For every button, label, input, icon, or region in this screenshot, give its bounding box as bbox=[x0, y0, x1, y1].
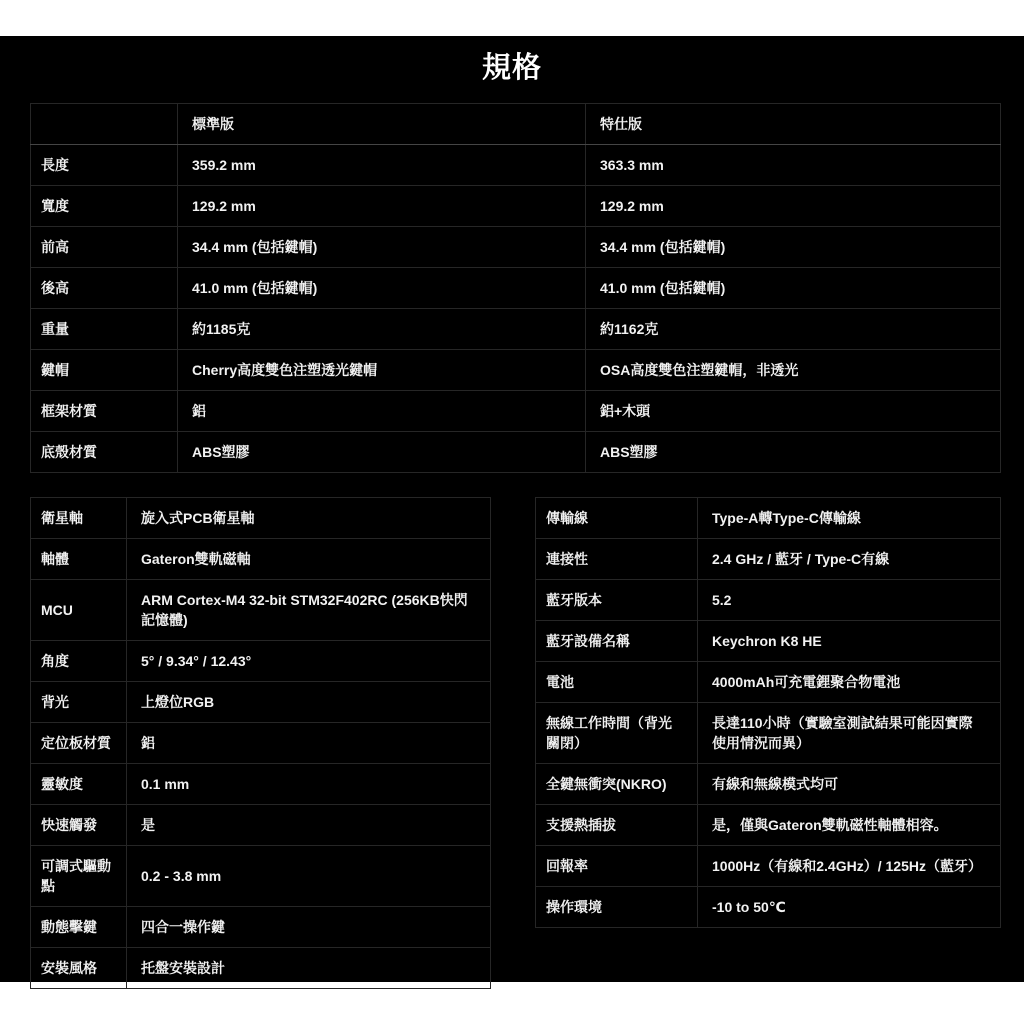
row-label: 回報率 bbox=[536, 846, 698, 887]
row-label: 無線工作時間（背光關閉） bbox=[536, 703, 698, 764]
row-value: 鋁 bbox=[127, 723, 491, 764]
standard-value: 34.4 mm (包括鍵帽) bbox=[178, 227, 586, 268]
row-value: 是，僅與Gateron雙軌磁性軸體相容。 bbox=[698, 805, 1001, 846]
standard-value: 鋁 bbox=[178, 391, 586, 432]
table-row: 全鍵無衝突(NKRO) 有線和無線模式均可 bbox=[536, 764, 1001, 805]
row-value: Type-A轉Type-C傳輸線 bbox=[698, 498, 1001, 539]
table-row: 角度 5° / 9.34° / 12.43° bbox=[31, 641, 491, 682]
table-row: 重量 約1185克 約1162克 bbox=[31, 309, 1001, 350]
table-row: 可調式驅動點 0.2 - 3.8 mm bbox=[31, 846, 491, 907]
row-value: 托盤安裝設計 bbox=[127, 948, 491, 989]
row-label: 靈敏度 bbox=[31, 764, 127, 805]
row-label: 衛星軸 bbox=[31, 498, 127, 539]
table-row: 支援熱插拔 是，僅與Gateron雙軌磁性軸體相容。 bbox=[536, 805, 1001, 846]
row-label: 安裝風格 bbox=[31, 948, 127, 989]
row-label: 框架材質 bbox=[31, 391, 178, 432]
special-value: 鋁+木頭 bbox=[586, 391, 1001, 432]
special-value: 363.3 mm bbox=[586, 145, 1001, 186]
table-row: 靈敏度 0.1 mm bbox=[31, 764, 491, 805]
table-row: 定位板材質 鋁 bbox=[31, 723, 491, 764]
row-label: 電池 bbox=[536, 662, 698, 703]
table-row: 藍牙版本 5.2 bbox=[536, 580, 1001, 621]
special-value: ABS塑膠 bbox=[586, 432, 1001, 473]
dimensions-table: 標準版 特仕版 長度 359.2 mm 363.3 mm 寬度 129.2 mm… bbox=[30, 103, 1001, 473]
table-row: 框架材質 鋁 鋁+木頭 bbox=[31, 391, 1001, 432]
table-row: 電池 4000mAh可充電鋰聚合物電池 bbox=[536, 662, 1001, 703]
dimensions-header-row: 標準版 特仕版 bbox=[31, 104, 1001, 145]
standard-value: 41.0 mm (包括鍵帽) bbox=[178, 268, 586, 309]
table-row: 連接性 2.4 GHz / 藍牙 / Type-C有線 bbox=[536, 539, 1001, 580]
row-label: 傳輸線 bbox=[536, 498, 698, 539]
row-label: 角度 bbox=[31, 641, 127, 682]
spec-section: 規格 標準版 特仕版 長度 359.2 mm 363.3 mm 寬度 129.2… bbox=[0, 36, 1024, 982]
row-label: 全鍵無衝突(NKRO) bbox=[536, 764, 698, 805]
table-row: 底殼材質 ABS塑膠 ABS塑膠 bbox=[31, 432, 1001, 473]
row-label: 藍牙設備名稱 bbox=[536, 621, 698, 662]
dimensions-header-special: 特仕版 bbox=[586, 104, 1001, 145]
row-label: 動態擊鍵 bbox=[31, 907, 127, 948]
row-label: 連接性 bbox=[536, 539, 698, 580]
table-row: 長度 359.2 mm 363.3 mm bbox=[31, 145, 1001, 186]
row-label: MCU bbox=[31, 580, 127, 641]
row-label: 鍵帽 bbox=[31, 350, 178, 391]
table-row: 藍牙設備名稱 Keychron K8 HE bbox=[536, 621, 1001, 662]
table-row: 回報率 1000Hz（有線和2.4GHz）/ 125Hz（藍牙） bbox=[536, 846, 1001, 887]
row-value: 2.4 GHz / 藍牙 / Type-C有線 bbox=[698, 539, 1001, 580]
row-value: ARM Cortex-M4 32-bit STM32F402RC (256KB快… bbox=[127, 580, 491, 641]
special-value: OSA高度雙色注塑鍵帽，非透光 bbox=[586, 350, 1001, 391]
special-value: 約1162克 bbox=[586, 309, 1001, 350]
table-row: 寬度 129.2 mm 129.2 mm bbox=[31, 186, 1001, 227]
row-value: 5° / 9.34° / 12.43° bbox=[127, 641, 491, 682]
row-value: 5.2 bbox=[698, 580, 1001, 621]
row-value: 1000Hz（有線和2.4GHz）/ 125Hz（藍牙） bbox=[698, 846, 1001, 887]
row-value: 四合一操作鍵 bbox=[127, 907, 491, 948]
row-label: 快速觸發 bbox=[31, 805, 127, 846]
table-row: 安裝風格 托盤安裝設計 bbox=[31, 948, 491, 989]
table-row: 鍵帽 Cherry高度雙色注塑透光鍵帽 OSA高度雙色注塑鍵帽，非透光 bbox=[31, 350, 1001, 391]
table-row: 前高 34.4 mm (包括鍵帽) 34.4 mm (包括鍵帽) bbox=[31, 227, 1001, 268]
row-label: 藍牙版本 bbox=[536, 580, 698, 621]
row-value: 0.2 - 3.8 mm bbox=[127, 846, 491, 907]
row-value: Keychron K8 HE bbox=[698, 621, 1001, 662]
row-value: 上燈位RGB bbox=[127, 682, 491, 723]
row-value: 4000mAh可充電鋰聚合物電池 bbox=[698, 662, 1001, 703]
row-value: 旋入式PCB衛星軸 bbox=[127, 498, 491, 539]
table-row: 操作環境 -10 to 50℃ bbox=[536, 887, 1001, 928]
table-row: MCU ARM Cortex-M4 32-bit STM32F402RC (25… bbox=[31, 580, 491, 641]
special-value: 129.2 mm bbox=[586, 186, 1001, 227]
row-value: 有線和無線模式均可 bbox=[698, 764, 1001, 805]
table-row: 無線工作時間（背光關閉） 長達110小時（實驗室測試結果可能因實際使用情況而異） bbox=[536, 703, 1001, 764]
row-label: 前高 bbox=[31, 227, 178, 268]
special-value: 34.4 mm (包括鍵帽) bbox=[586, 227, 1001, 268]
standard-value: ABS塑膠 bbox=[178, 432, 586, 473]
table-row: 背光 上燈位RGB bbox=[31, 682, 491, 723]
standard-value: 359.2 mm bbox=[178, 145, 586, 186]
table-row: 衛星軸 旋入式PCB衛星軸 bbox=[31, 498, 491, 539]
page-title: 規格 bbox=[0, 45, 1024, 86]
standard-value: 約1185克 bbox=[178, 309, 586, 350]
standard-value: Cherry高度雙色注塑透光鍵帽 bbox=[178, 350, 586, 391]
row-value: 0.1 mm bbox=[127, 764, 491, 805]
row-value: 長達110小時（實驗室測試結果可能因實際使用情況而異） bbox=[698, 703, 1001, 764]
special-value: 41.0 mm (包括鍵帽) bbox=[586, 268, 1001, 309]
connectivity-table: 傳輸線 Type-A轉Type-C傳輸線 連接性 2.4 GHz / 藍牙 / … bbox=[535, 497, 1001, 928]
row-label: 支援熱插拔 bbox=[536, 805, 698, 846]
standard-value: 129.2 mm bbox=[178, 186, 586, 227]
row-label: 重量 bbox=[31, 309, 178, 350]
row-label: 背光 bbox=[31, 682, 127, 723]
switch-table: 衛星軸 旋入式PCB衛星軸 軸體 Gateron雙軌磁軸 MCU ARM Cor… bbox=[30, 497, 491, 989]
row-value: 是 bbox=[127, 805, 491, 846]
table-row: 傳輸線 Type-A轉Type-C傳輸線 bbox=[536, 498, 1001, 539]
row-label: 軸體 bbox=[31, 539, 127, 580]
row-value: -10 to 50℃ bbox=[698, 887, 1001, 928]
row-label: 可調式驅動點 bbox=[31, 846, 127, 907]
table-row: 快速觸發 是 bbox=[31, 805, 491, 846]
row-label: 長度 bbox=[31, 145, 178, 186]
row-label: 定位板材質 bbox=[31, 723, 127, 764]
row-value: Gateron雙軌磁軸 bbox=[127, 539, 491, 580]
row-label: 寬度 bbox=[31, 186, 178, 227]
table-row: 動態擊鍵 四合一操作鍵 bbox=[31, 907, 491, 948]
row-label: 底殼材質 bbox=[31, 432, 178, 473]
dimensions-header-standard: 標準版 bbox=[178, 104, 586, 145]
dimensions-header-empty bbox=[31, 104, 178, 145]
table-row: 軸體 Gateron雙軌磁軸 bbox=[31, 539, 491, 580]
row-label: 操作環境 bbox=[536, 887, 698, 928]
row-label: 後高 bbox=[31, 268, 178, 309]
table-row: 後高 41.0 mm (包括鍵帽) 41.0 mm (包括鍵帽) bbox=[31, 268, 1001, 309]
